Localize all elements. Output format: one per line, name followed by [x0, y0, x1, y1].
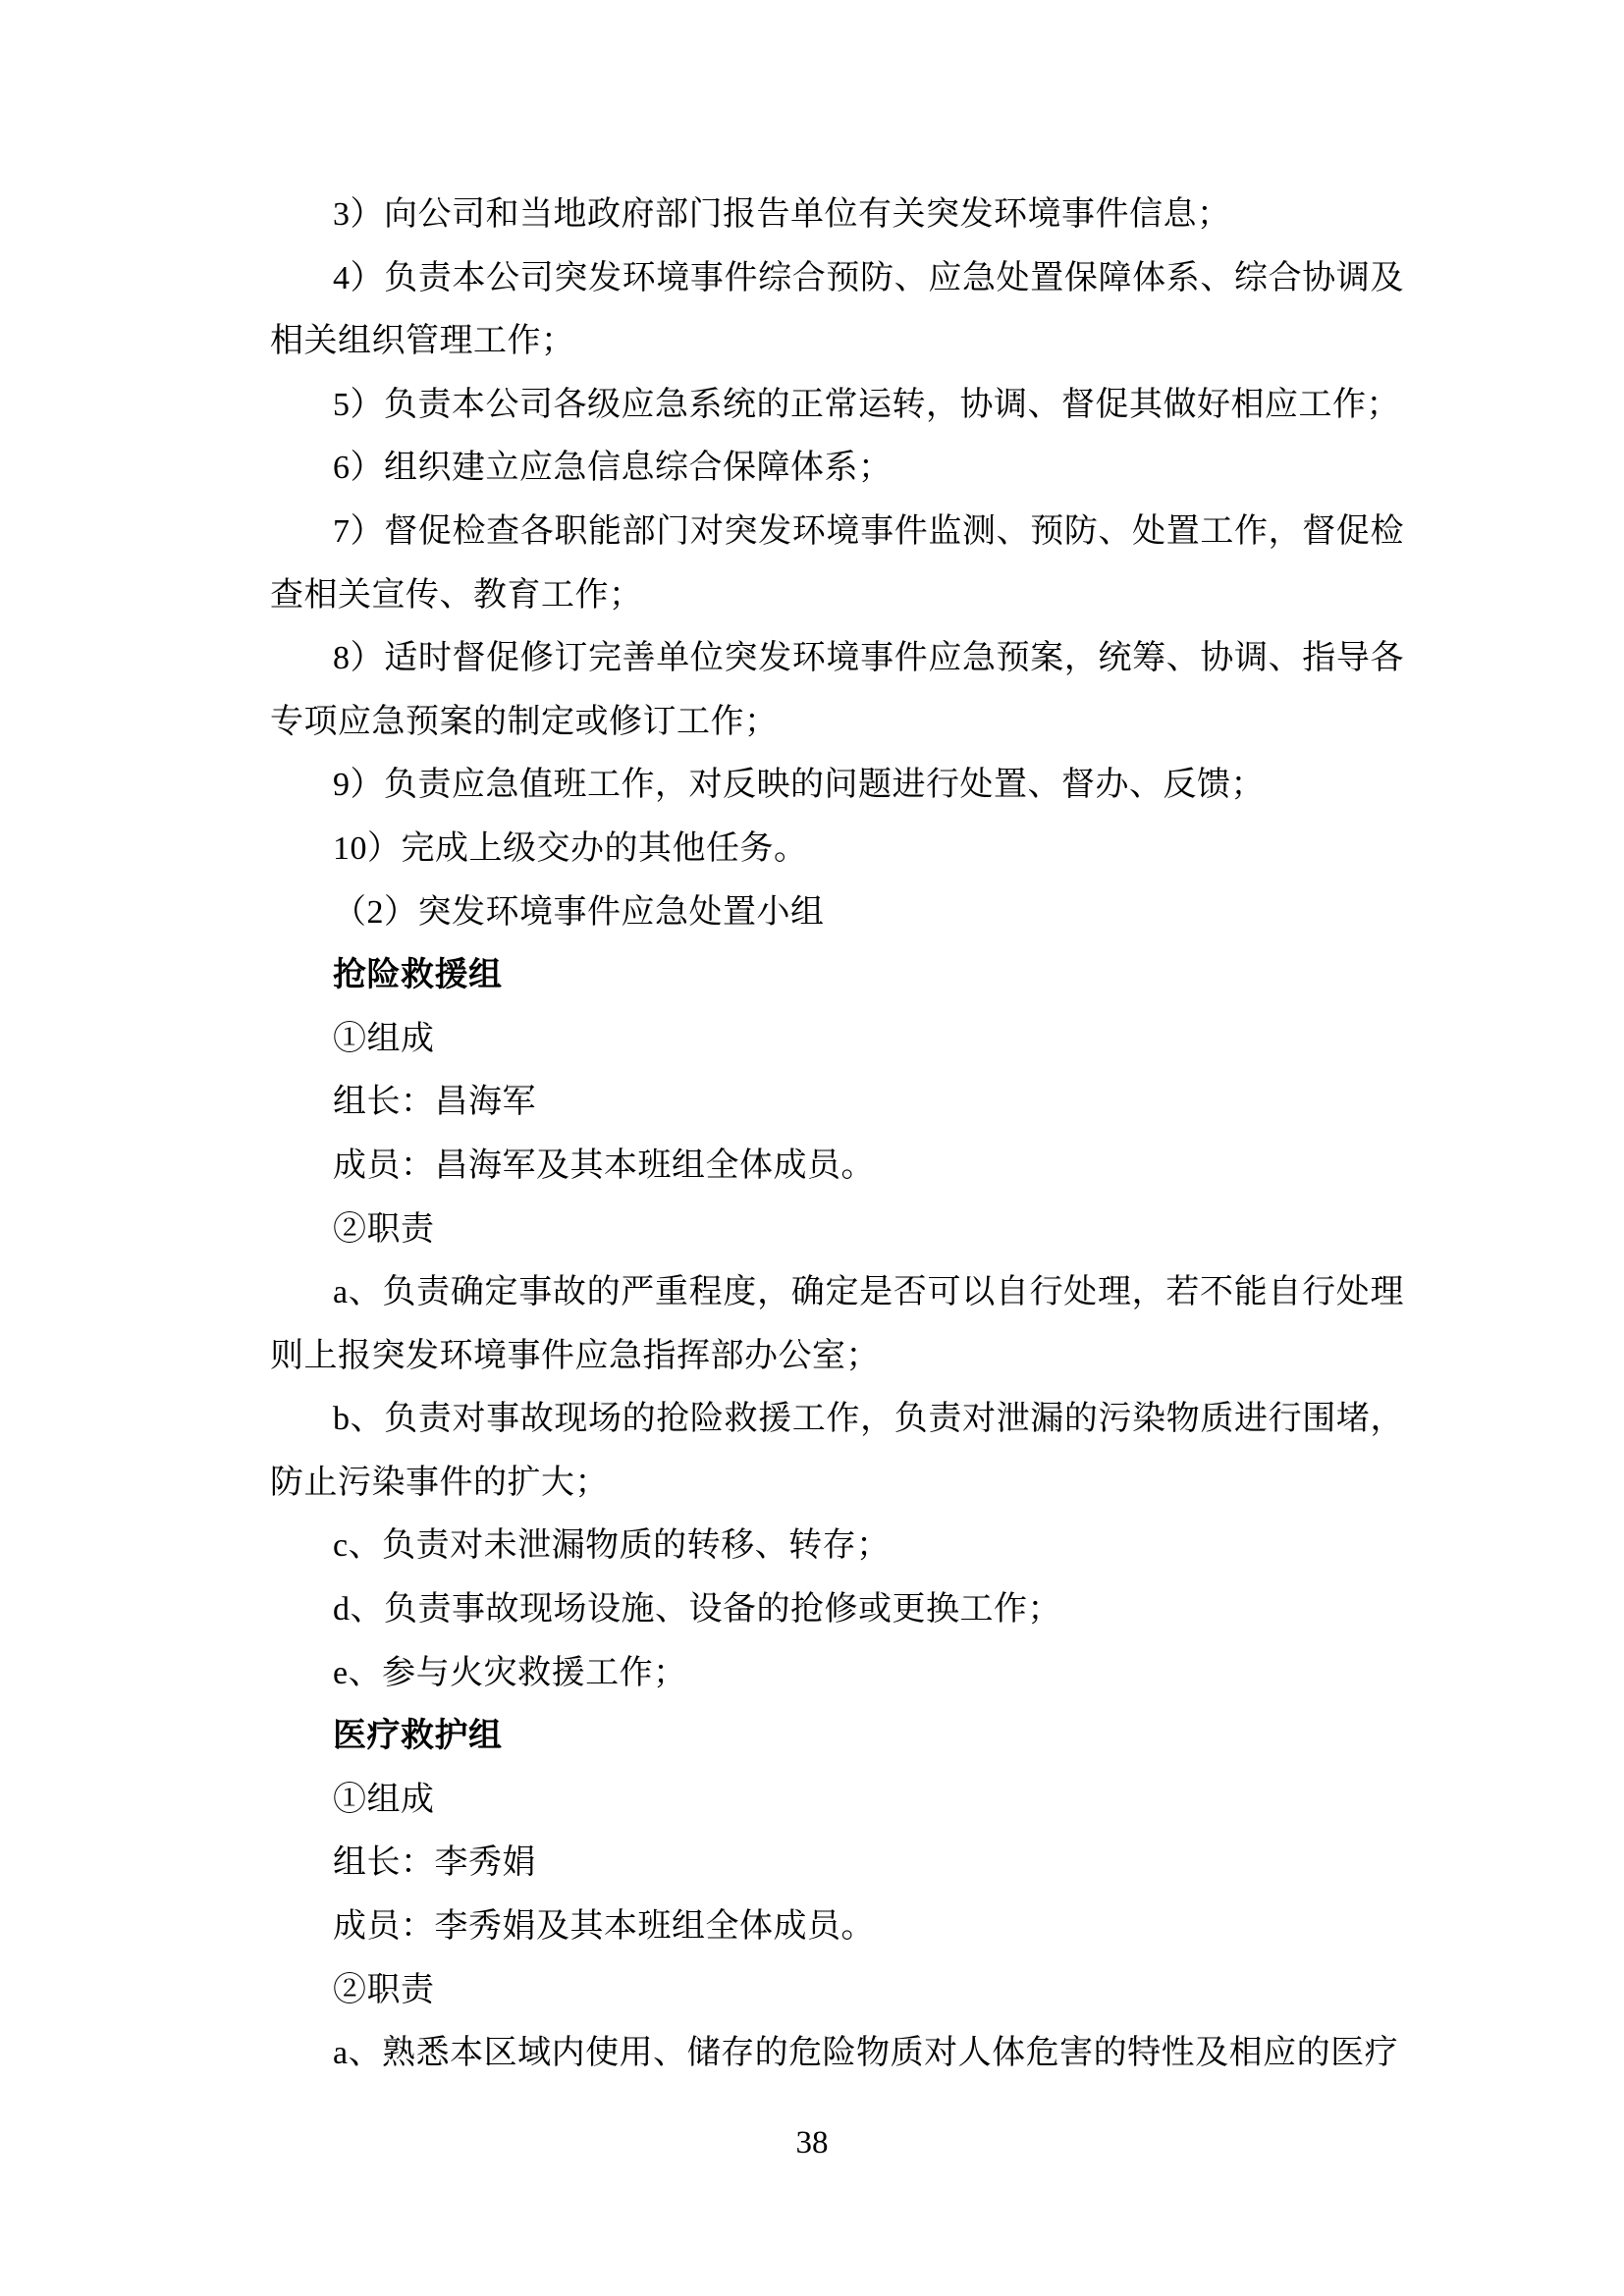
paragraph: d、负责事故现场设施、设备的抢修或更换工作； [270, 1578, 1404, 1642]
paragraph: 成员：昌海军及其本班组全体成员。 [270, 1135, 1404, 1199]
paragraph: 10）完成上级交办的其他任务。 [270, 818, 1404, 881]
paragraph: 组长：昌海军 [270, 1071, 1404, 1135]
paragraph: 组长：李秀娟 [270, 1832, 1404, 1896]
paragraph: 7）督促检查各职能部门对突发环境事件监测、预防、处置工作，督促检查相关宣传、教育… [270, 501, 1404, 627]
page-number: 38 [0, 2123, 1624, 2163]
paragraph: e、参与火灾救援工作； [270, 1642, 1404, 1706]
paragraph: 成员：李秀娟及其本班组全体成员。 [270, 1896, 1404, 1959]
paragraph: ②职责 [270, 1199, 1404, 1262]
paragraph: c、负责对未泄漏物质的转移、转存； [270, 1515, 1404, 1578]
paragraph: a、熟悉本区域内使用、储存的危险物质对人体危害的特性及相应的医疗 [270, 2022, 1404, 2086]
paragraph: 6）组织建立应急信息综合保障体系； [270, 437, 1404, 501]
paragraph: （2）突发环境事件应急处置小组 [270, 881, 1404, 945]
paragraph: 4）负责本公司突发环境事件综合预防、应急处置保障体系、综合协调及相关组织管理工作… [270, 247, 1404, 374]
document-page: 3）向公司和当地政府部门报告单位有关突发环境事件信息；4）负责本公司突发环境事件… [0, 0, 1624, 2296]
paragraph: 5）负责本公司各级应急系统的正常运转，协调、督促其做好相应工作； [270, 374, 1404, 438]
paragraph: b、负责对事故现场的抢险救援工作，负责对泄漏的污染物质进行围堵，防止污染事件的扩… [270, 1388, 1404, 1515]
paragraph: a、负责确定事故的严重程度，确定是否可以自行处理，若不能自行处理则上报突发环境事… [270, 1261, 1404, 1388]
paragraph: ①组成 [270, 1769, 1404, 1833]
paragraph: 9）负责应急值班工作，对反映的问题进行处置、督办、反馈； [270, 754, 1404, 818]
section-heading: 抢险救援组 [270, 944, 1404, 1008]
paragraph: ①组成 [270, 1008, 1404, 1072]
paragraph: ②职责 [270, 1959, 1404, 2023]
section-heading: 医疗救护组 [270, 1705, 1404, 1769]
paragraph: 8）适时督促修订完善单位突发环境事件应急预案，统筹、协调、指导各专项应急预案的制… [270, 627, 1404, 754]
document-body: 3）向公司和当地政府部门报告单位有关突发环境事件信息；4）负责本公司突发环境事件… [270, 184, 1404, 2086]
paragraph: 3）向公司和当地政府部门报告单位有关突发环境事件信息； [270, 184, 1404, 247]
